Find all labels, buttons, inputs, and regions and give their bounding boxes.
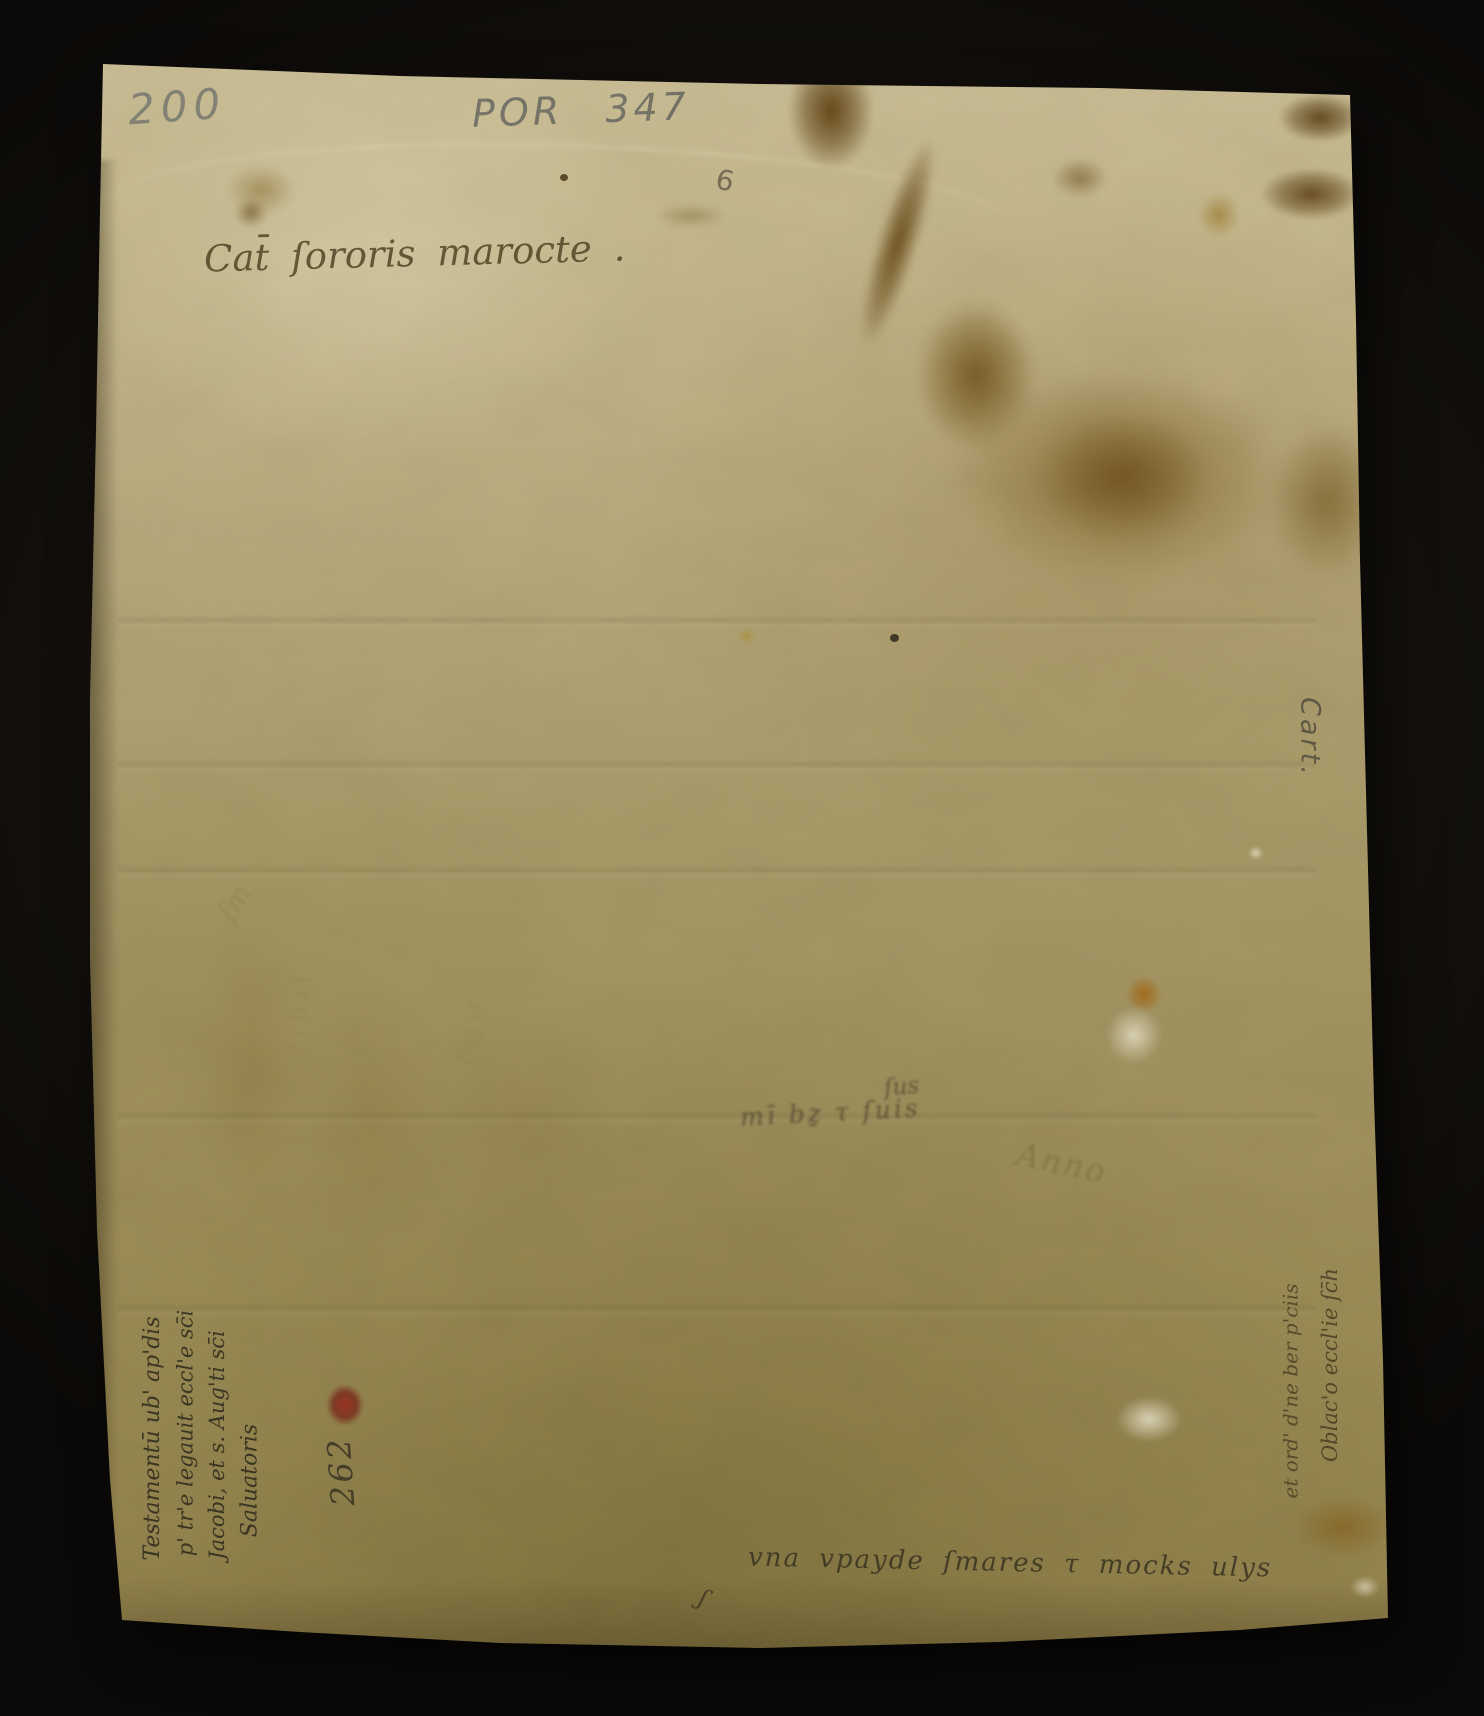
left-note-line: p' tr'e legauit eccl'e sc̄i — [174, 1306, 198, 1561]
left-note-line: Saluatoris — [238, 1396, 263, 1566]
right-note-line: Oblac'o eccl'ie ſc̄h — [1318, 1235, 1342, 1495]
left-note-line: Jacobi, et s. Aug'ti sc̄i — [205, 1325, 229, 1565]
bottom-edge-shadow — [88, 1580, 1390, 1650]
edge-finger-stain — [1278, 94, 1362, 142]
title-inscription: Cat̄ ſororis marocte . — [204, 226, 626, 280]
yellow-dot — [738, 628, 756, 644]
stain-mid — [916, 300, 1036, 450]
bottom-lead-glyph: ʃ — [695, 1584, 712, 1612]
dark-speck — [890, 634, 899, 642]
amber-blob — [1198, 192, 1240, 238]
stain-drip — [847, 131, 950, 353]
fold-line — [118, 760, 1316, 772]
edge-finger-stain — [1260, 168, 1362, 220]
anno-scribble: Anno — [1013, 1135, 1110, 1191]
fold-line — [118, 616, 1316, 628]
fold-line — [118, 1304, 1316, 1316]
shelfmark-note: POR 347 — [471, 84, 690, 136]
stain-broad — [948, 370, 1288, 580]
small-stain — [226, 164, 296, 216]
cart-note: Cart. — [1295, 653, 1326, 823]
tan-stain-bottom-right — [1293, 1496, 1393, 1558]
parchment-texture — [88, 60, 1390, 1650]
orange-dot — [1126, 976, 1162, 1012]
stain-to-edge — [1268, 420, 1388, 580]
white-fleck — [1350, 1576, 1380, 1598]
manuscript-photo: 200 POR 347 6 Cart. Cat̄ ſororis marocte… — [0, 0, 1484, 1716]
faint-note-line: mī bẕ τ ſuis — [739, 1093, 921, 1131]
ghost-mark: ı ſ ıı ſ — [416, 990, 444, 1150]
stain-core — [1038, 412, 1208, 542]
bottom-inscription: vna vpayde ſmares τ mocks ulys — [748, 1543, 1273, 1584]
ghost-mark: ıſ ȷ ſı ı ſ — [286, 918, 314, 1118]
left-edge-shadow — [88, 160, 118, 1600]
smudge — [654, 204, 726, 228]
small-stain — [234, 198, 268, 228]
ghost-mark: ſuʒ ıſ — [449, 1000, 492, 1067]
white-patch — [1116, 1396, 1182, 1442]
small-brown-blob — [1052, 158, 1108, 198]
ghost-mark: ſm — [210, 878, 258, 927]
left-note-line: Testamentū ub' ap'dis — [140, 1286, 165, 1591]
archive-number: 262 — [319, 1422, 364, 1520]
folio-number-note: 200 — [126, 79, 227, 135]
parchment-sheet: 200 POR 347 6 Cart. Cat̄ ſororis marocte… — [88, 60, 1390, 1650]
fold-line — [118, 866, 1316, 878]
white-spot — [1106, 1006, 1162, 1064]
crease-line — [100, 131, 1024, 310]
ghost-mark: ſı ı ſſ ı — [346, 970, 374, 1150]
right-note-line: et ord' d'ne ber p'ciis — [1279, 1268, 1303, 1515]
large-stain-top — [788, 52, 874, 170]
small-curl-mark: 6 — [713, 163, 737, 199]
white-fleck — [1248, 846, 1264, 860]
wax-dot — [326, 1384, 364, 1426]
dark-dot — [560, 174, 568, 181]
